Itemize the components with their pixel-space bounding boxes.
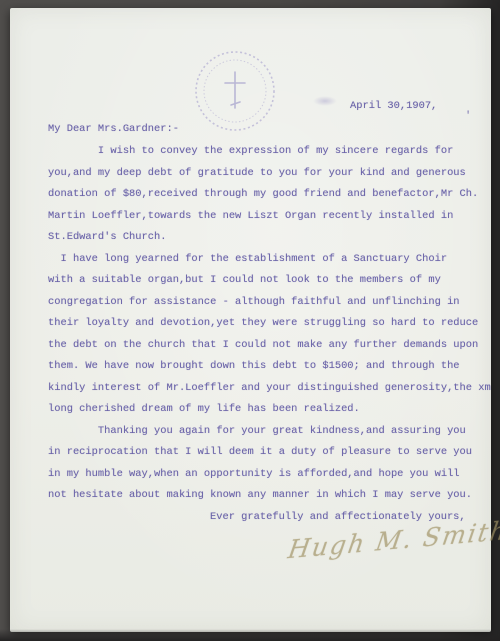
letter-paragraph: Thanking you again for your great kindne… [48,421,499,507]
cross-icon [194,50,276,132]
stray-apostrophe-mark: ' [465,106,471,128]
ink-smudge [313,96,337,106]
letter-body: I wish to convey the expression of my si… [48,141,499,507]
date-line: April 30,1907, [350,96,437,118]
letter-page: April 30,1907, ' My Dear Mrs.Gardner:- I… [10,8,491,632]
photo-background: April 30,1907, ' My Dear Mrs.Gardner:- I… [0,0,500,641]
salutation: My Dear Mrs.Gardner:- [48,119,179,141]
letter-paragraph: I wish to convey the expression of my si… [48,141,499,249]
letter-paragraph: I have long yearned for the establishmen… [48,249,499,421]
church-seal-stamp [194,50,276,132]
